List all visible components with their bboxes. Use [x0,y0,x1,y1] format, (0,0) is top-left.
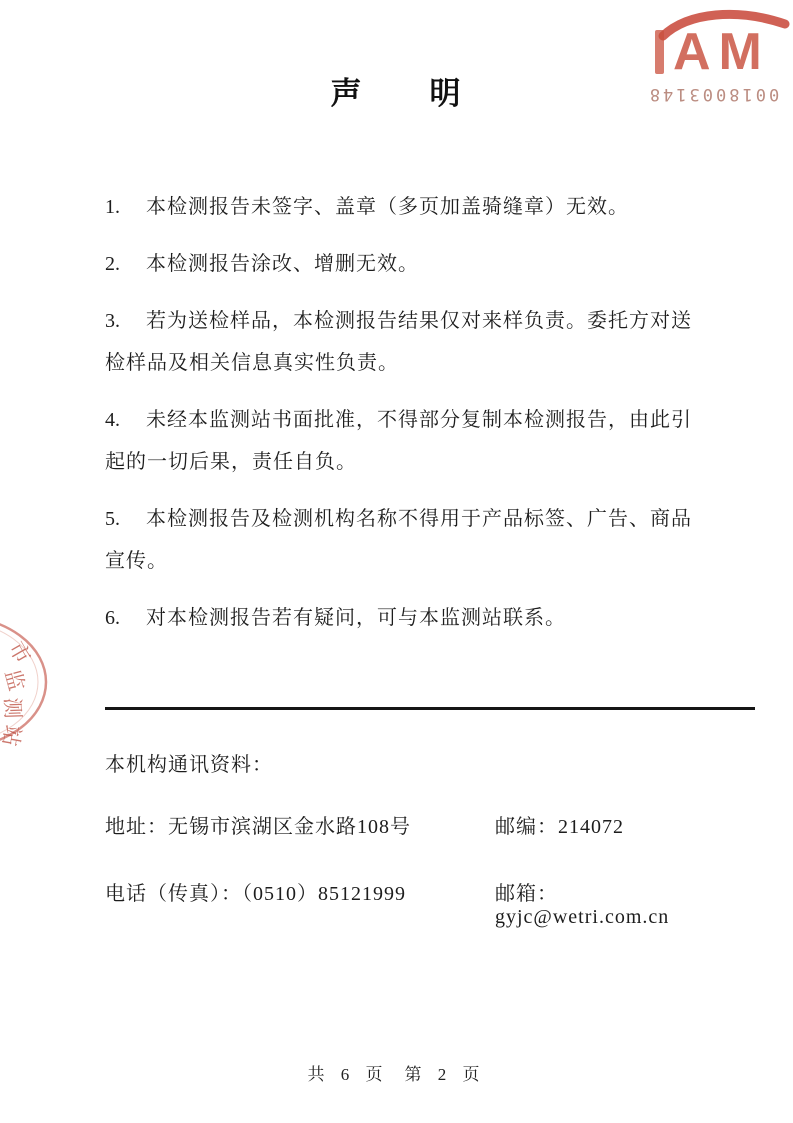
page-footer: 共 6 页第 2 页 [0,1060,793,1085]
contact-row-phone: 电话（传真）：（0510）85121999 邮箱：gyjc@wetri.com.… [105,877,725,929]
clause-number: 2. [105,243,146,285]
clause-text: 起的一切后果，责任自负。 [105,441,697,483]
seal-char: 站 [0,723,29,749]
contact-row-address: 地址：无锡市滨湖区金水路108号 邮编：214072 [105,810,725,839]
clause-text: 若为送检样品，本检测报告结果仅对来样负责。委托方对送 [146,310,692,332]
round-seal-icon: 市 监 测 站 [0,575,90,785]
clause-text: 检样品及相关信息真实性负责。 [105,342,697,384]
phone-text: 电话（传真）：（0510）85121999 [105,877,495,929]
clause-text: 本检测报告涂改、增删无效。 [146,253,419,275]
clause-text: 未经本监测站书面批准，不得部分复制本检测报告，由此引 [146,409,692,431]
clause-number: 6. [105,597,146,639]
seal-char: 监 [0,666,33,694]
total-pages: 共 6 页 [308,1065,389,1084]
declaration-page: 声 明 1.本检测报告未签字、盖章（多页加盖骑缝章）无效。 2.本检测报告涂改、… [0,0,793,1123]
page-title: 声 明 [0,68,793,113]
clause-text: 宣传。 [105,540,697,582]
clause-text: 本检测报告未签字、盖章（多页加盖骑缝章）无效。 [146,196,629,218]
clause-5: 5.本检测报告及检测机构名称不得用于产品标签、广告、商品 宣传。 [105,498,697,582]
current-page: 第 2 页 [405,1065,486,1084]
address-text: 地址：无锡市滨湖区金水路108号 [105,810,495,839]
contact-heading: 本机构通讯资料： [105,748,273,777]
clause-1: 1.本检测报告未签字、盖章（多页加盖骑缝章）无效。 [105,186,697,228]
seal-ring-icon [0,575,90,785]
clause-4: 4.未经本监测站书面批准，不得部分复制本检测报告，由此引 起的一切后果，责任自负… [105,399,697,483]
postcode-text: 邮编：214072 [495,810,725,839]
email-text: 邮箱：gyjc@wetri.com.cn [495,877,725,929]
clause-number: 5. [105,498,146,540]
clause-number: 4. [105,399,146,441]
seal-char: 测 [0,697,29,719]
clause-3: 3.若为送检样品，本检测报告结果仅对来样负责。委托方对送 检样品及相关信息真实性… [105,300,697,384]
declaration-clauses: 1.本检测报告未签字、盖章（多页加盖骑缝章）无效。 2.本检测报告涂改、增删无效… [105,186,697,654]
clause-number: 1. [105,186,146,228]
clause-6: 6.对本检测报告若有疑问，可与本监测站联系。 [105,597,697,639]
horizontal-divider [105,707,755,710]
seal-char: 市 [2,635,38,668]
clause-number: 3. [105,300,146,342]
clause-text: 本检测报告及检测机构名称不得用于产品标签、广告、商品 [146,508,692,530]
clause-text: 对本检测报告若有疑问，可与本监测站联系。 [146,607,566,629]
clause-2: 2.本检测报告涂改、增删无效。 [105,243,697,285]
